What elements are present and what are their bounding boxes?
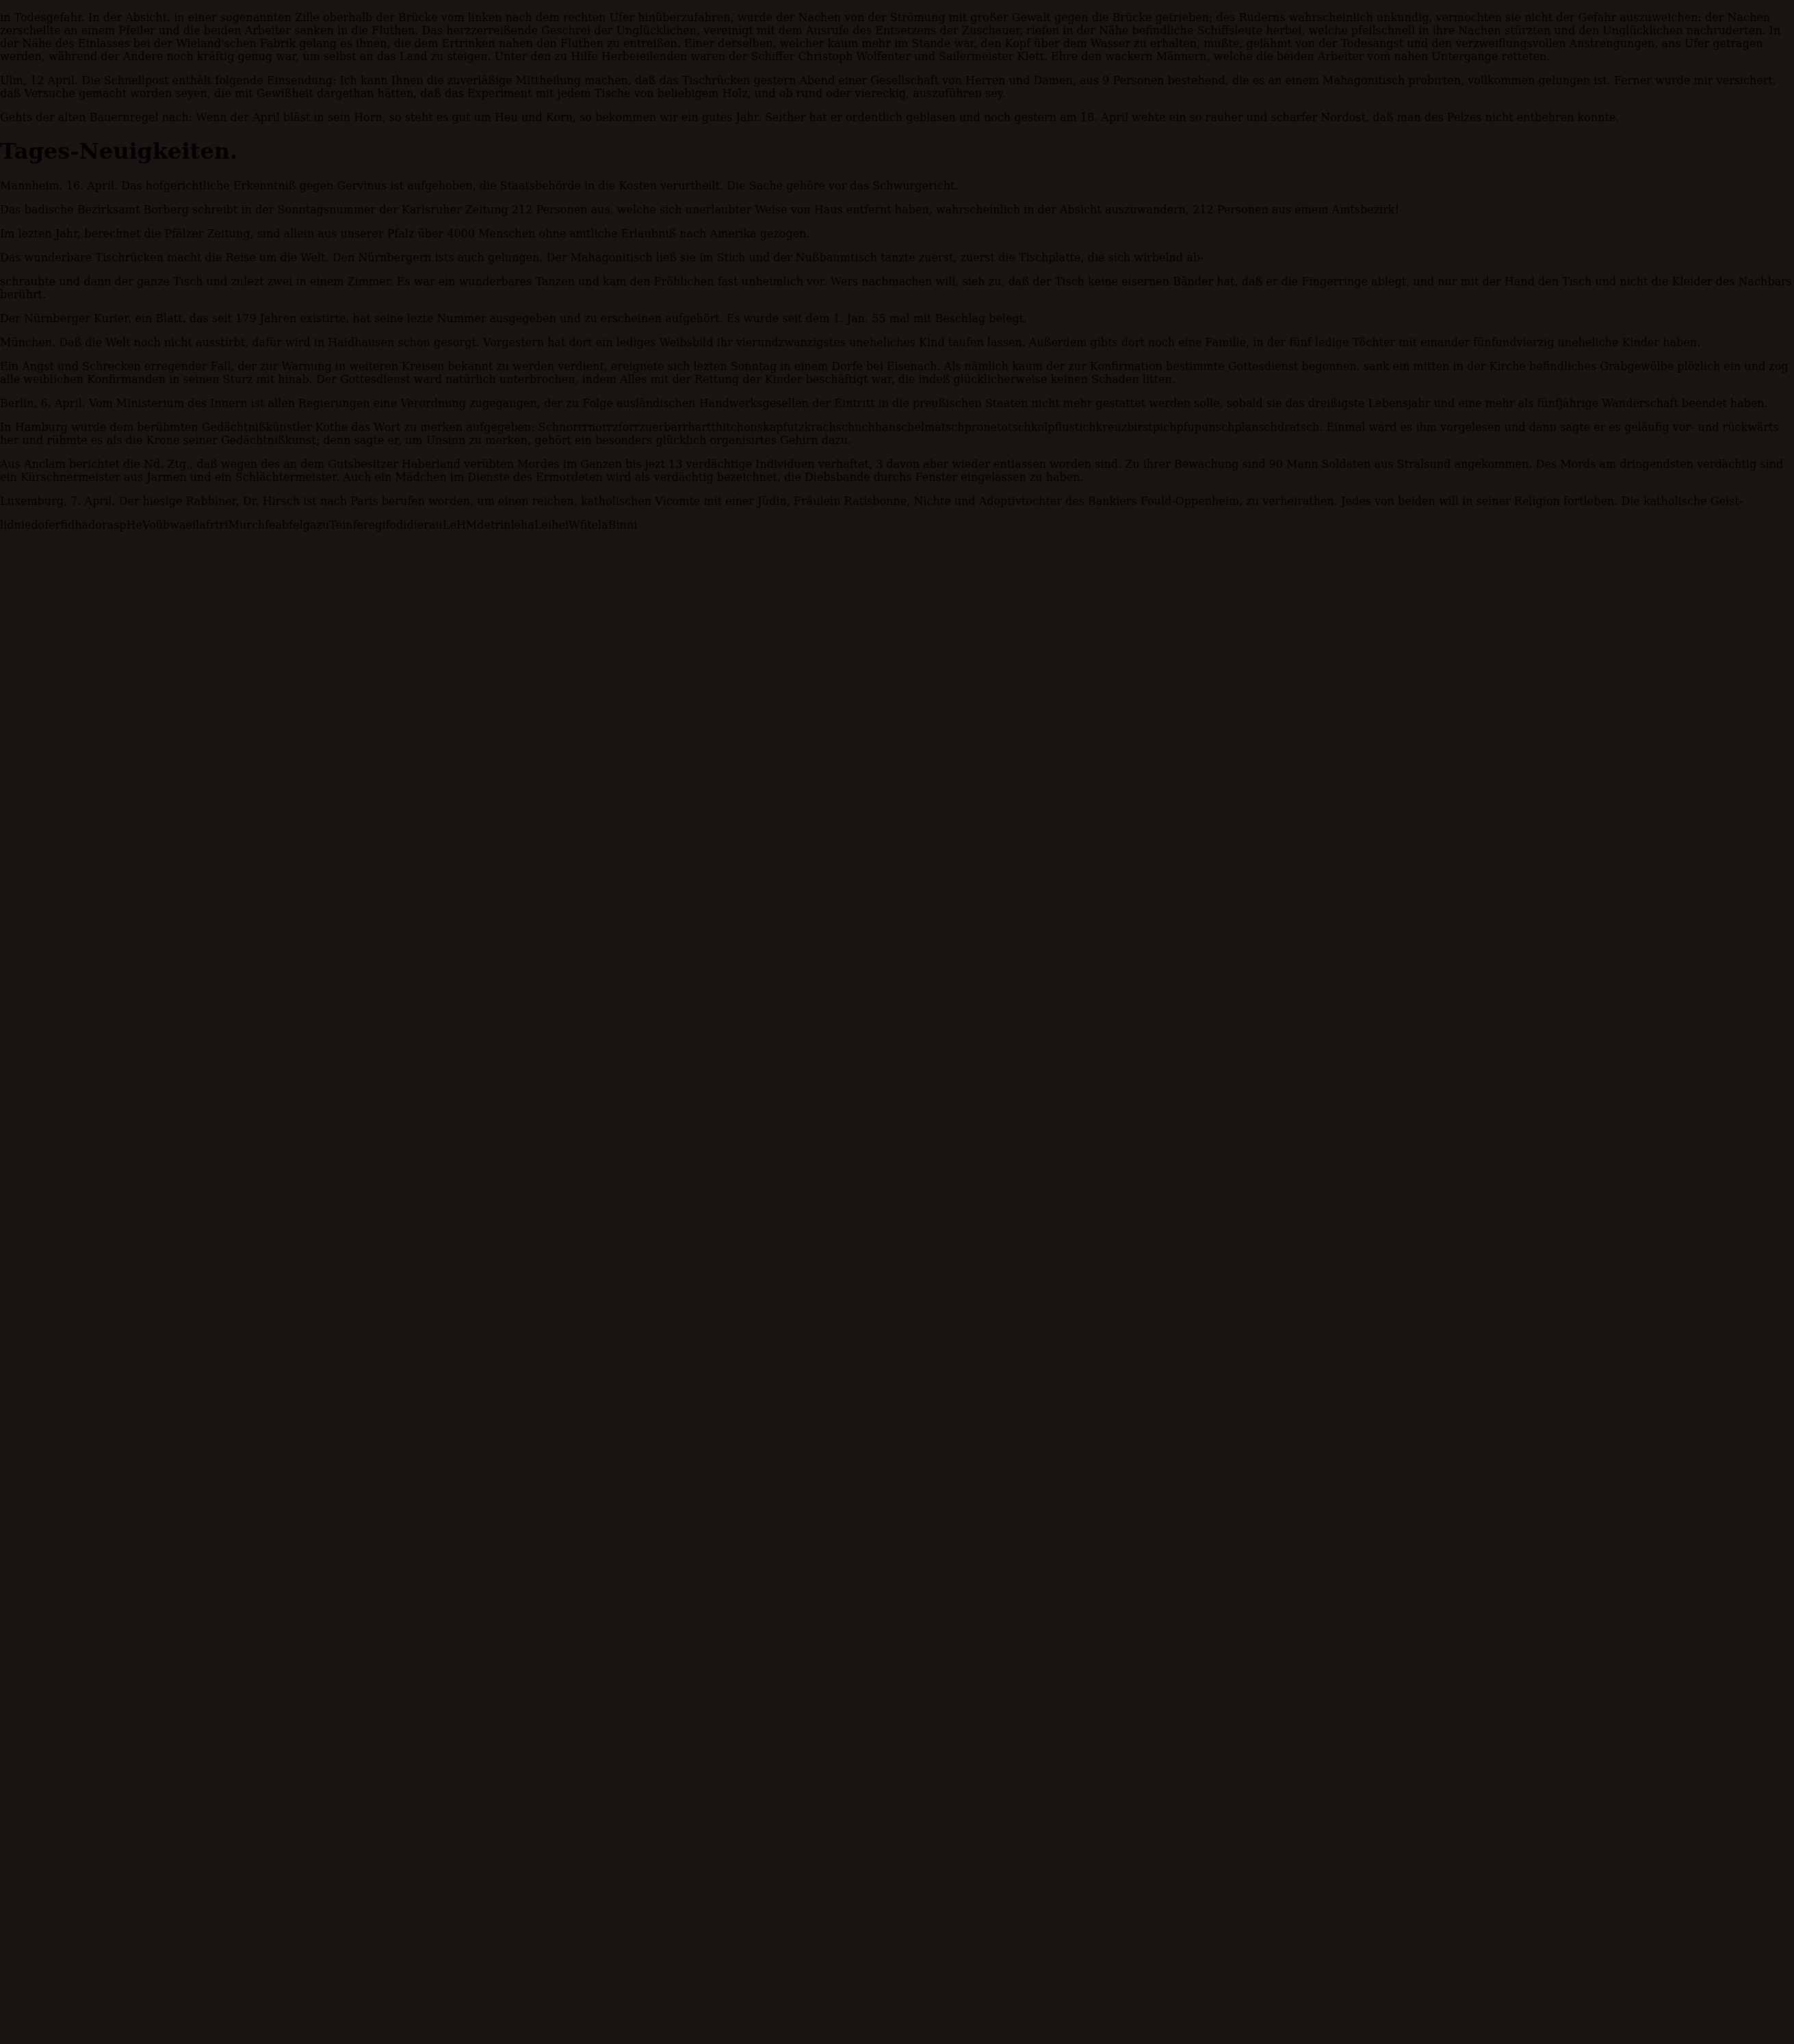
dateline: Ulm, xyxy=(0,74,27,87)
paragraph: Der Nürnberger Kurier, ein Blatt, das se… xyxy=(0,312,1794,325)
paragraph: in Todesgefahr. In der Absicht, in einer… xyxy=(0,11,1794,63)
paragraph-text: 12 April. Die Schnellpost enthält folgen… xyxy=(0,74,1776,100)
paragraph: Berlin, 6. April. Vom Ministerium des In… xyxy=(0,397,1794,410)
dateline: Luxemburg, xyxy=(0,495,67,508)
paragraph: Im lezten Jahr, berechnet die Pfälzer Ze… xyxy=(0,227,1794,240)
paragraph: Das badische Bezirksamt Borberg schreibt… xyxy=(0,203,1794,216)
paragraph-text: Daß die Welt noch nicht ausstirbt, dafür… xyxy=(59,336,1700,349)
paragraph: Ein Angst und Schrecken erregender Fall,… xyxy=(0,360,1794,386)
paragraph-text: 7. April. Der hiesige Rabbiner, Dr. Hirs… xyxy=(70,495,1743,508)
book-cover-edge xyxy=(100,140,186,1987)
next-page-fragments: lidniedoferfidhadoraspHeVoübwaeilafrtriM… xyxy=(0,519,1794,532)
paragraph: Aus Anclam berichtet die Nd. Ztg., daß w… xyxy=(0,458,1794,484)
paragraph: Luxemburg, 7. April. Der hiesige Rabbine… xyxy=(0,495,1794,508)
paragraph-text: 16. April. Das hofgerichtliche Erkenntni… xyxy=(66,179,959,192)
paragraph: München. Daß die Welt noch nicht ausstir… xyxy=(0,336,1794,349)
paragraph-text: 6. April. Vom Ministerium des Innern ist… xyxy=(41,397,1768,410)
book-scan: in Todesgefahr. In der Absicht, in einer… xyxy=(0,0,1794,2044)
paragraph: schraubte und dann der ganze Tisch und z… xyxy=(0,275,1794,301)
right-column: schraubte und dann der ganze Tisch und z… xyxy=(0,275,1794,508)
paragraph: In Hamburg wurde dem berühmten Gedächtni… xyxy=(0,421,1794,447)
paragraph: Mannheim, 16. April. Das hofgerichtliche… xyxy=(0,179,1794,192)
dateline: Berlin, xyxy=(0,397,38,410)
paragraph: Gehts der alten Bauernregel nach: Wenn d… xyxy=(0,111,1794,124)
paragraph: Das wunderbare Tischrücken macht die Rei… xyxy=(0,251,1794,264)
dateline: München. xyxy=(0,336,55,349)
dateline: Mannheim, xyxy=(0,179,63,192)
section-heading: Tages-Neuigkeiten. xyxy=(0,138,1794,164)
paragraph: Ulm, 12 April. Die Schnellpost enthält f… xyxy=(0,74,1794,100)
left-column: in Todesgefahr. In der Absicht, in einer… xyxy=(0,11,1794,264)
